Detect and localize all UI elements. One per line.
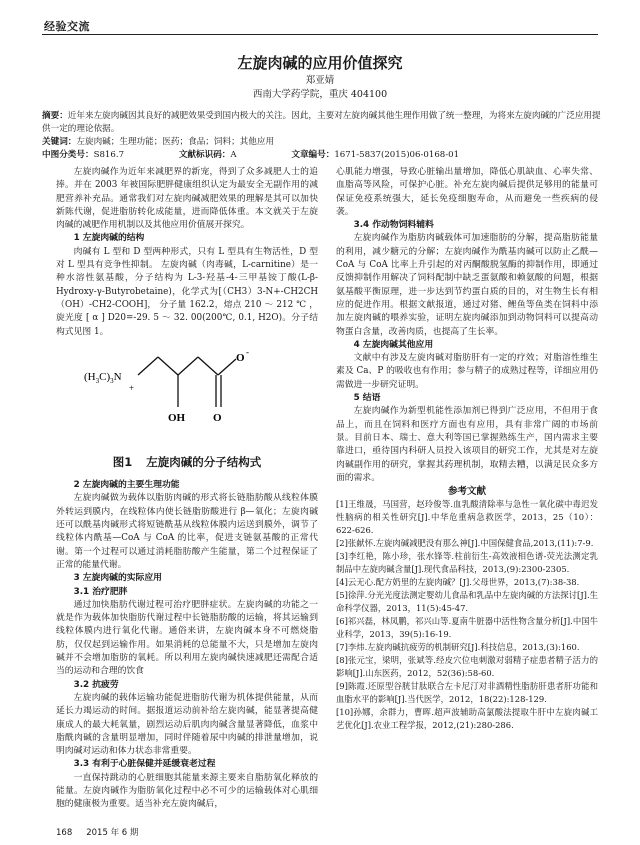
doc-code-field: 文献标识码：A [179, 150, 263, 160]
issue-label: 2015 年 6 期 [86, 828, 138, 838]
reference-item: [1]王维晟，马国营，赵玲俊等.血乳酸清除率与急性一氧化碳中毒迟发性脑病的相关性… [336, 498, 598, 537]
author-name: 郑亚婧 [0, 72, 640, 86]
page-footer: 1682015 年 6 期 [56, 826, 152, 838]
section-1-text: 肉碱有 L 型和 D 型两种形式，只有 L 型具有生物活性，D 型对 L 型具有… [56, 246, 318, 339]
section-4-heading: 4 左旋肉碱其他应用 [336, 339, 598, 352]
right-column: 心肌能力增强，导致心脏输出量增加，降低心肌缺血、心率失常、血脂高等风险，可保护心… [336, 166, 598, 732]
keywords-text: 左旋肉碱；生理功能；医药；食品；饲料；其他应用 [76, 137, 274, 147]
article-no-field: 文章编号：1671-5837(2015)06-0168-01 [291, 150, 485, 160]
abstract: 摘要：近年来左旋肉碱因其良好的减肥效果受到国内极大的关注。因此，主要对左旋肉碱其… [42, 110, 602, 136]
author-affiliation: 西南大学药学院，重庆 404100 [0, 86, 640, 100]
reference-item: [8]张元宝，梁明，张斌等.经皮穴位电刺激对弱精子症患者精子活力的影响[J].山… [336, 654, 598, 680]
carnitine-structure-diagram: (H3C)3N + OH O O - [76, 347, 306, 452]
positive-charge-label: + [129, 383, 134, 393]
hydroxyl-label: OH [168, 412, 186, 424]
section-3-1-heading: 3.1 治疗肥胖 [56, 586, 318, 599]
running-header: 经验交流 [42, 12, 598, 35]
section-3-heading: 3 左旋肉碱的实际应用 [56, 572, 318, 585]
section-3-4-heading: 3.4 作动物饲料辅料 [336, 219, 598, 232]
clc-value: S816.7 [94, 150, 125, 160]
abstract-block: 摘要：近年来左旋肉碱因其良好的减肥效果受到国内极大的关注。因此，主要对左旋肉碱其… [42, 110, 602, 162]
page-number: 168 [56, 828, 72, 838]
molecular-structure-figure: (H3C)3N + OH O O - [56, 347, 318, 452]
trimethylammonium-label: (H3C)3N [84, 371, 122, 385]
section-5-text: 左旋肉碱作为新型机能性添加剂已得到广泛应用，不但用于食品上，而且在饲料和医疗方面… [336, 405, 598, 485]
section-3-2-text: 左旋肉碱的载体运输功能促进脂肪代谢为机体提供能量，从而延长力竭运动的时间。据报道… [56, 692, 318, 758]
reference-item: [2]张献怀.左旋肉碱减肥没有那么神[J].中国保健食品,2013,(11):7… [336, 537, 598, 550]
reference-item: [4]云无心.配方奶里的左旋肉碱？[J].父母世界，2013,(7):38-38… [336, 576, 598, 589]
figure-caption-text: 左旋肉碱的分子结构式 [146, 455, 261, 469]
classification-row: 中图分类号：S816.7 文献标识码：A 文章编号：1671-5837(2015… [42, 149, 602, 162]
figure-caption: 图1左旋肉碱的分子结构式 [56, 456, 318, 469]
reference-item: [7]李炜.左旋肉碱抗疲劳的机制研究[J].科技信息，2013,(3):160. [336, 641, 598, 654]
keywords-label: 关键词： [42, 137, 76, 147]
section-3-3-heading: 3.3 有利于心脏保健并延缓衰老过程 [56, 758, 318, 771]
section-2-text: 左旋肉碱做为载体以脂肪肉碱的形式将长链脂肪酸从线粒体膜外转运到膜内，在线粒体内使… [56, 492, 318, 572]
figure-number: 图1 [113, 455, 133, 469]
negative-charge-label: - [246, 347, 249, 357]
clc-label: 中图分类号： [42, 150, 94, 160]
doc-code-value: A [230, 150, 236, 160]
reference-item: [6]祁兴磊，林凤鹏，祁兴山等.夏南牛脏器中活性物含量分析[J].中国牛业科学，… [336, 615, 598, 641]
article-title: 左旋肉碱的应用价值探究 [0, 52, 640, 73]
abstract-text: 近年来左旋肉碱因其良好的减肥效果受到国内极大的关注。因此，主要对左旋肉碱其他生理… [42, 111, 601, 134]
section-1-heading: 1 左旋肉碱的结构 [56, 232, 318, 245]
references-heading: 参考文献 [336, 485, 598, 498]
section-3-3-continued: 心肌能力增强，导致心脏输出量增加，降低心肌缺血、心率失常、血脂高等风险，可保护心… [336, 166, 598, 219]
section-3-3-text: 一直保持跳动的心脏细胞其能量来源主要来自脂肪氧化释放的能量。左旋肉碱作为脂肪氧化… [56, 772, 318, 812]
reference-item: [5]徐萍.分光光度法测定婴幼儿食品和乳品中左旋肉碱的方法探讨[J].生命科学仪… [336, 589, 598, 615]
section-3-2-heading: 3.2 抗疲劳 [56, 679, 318, 692]
keywords: 关键词：左旋肉碱；生理功能；医药；食品；饲料；其他应用 [42, 136, 602, 149]
carbonyl-oxygen-label: O [213, 412, 222, 424]
section-5-heading: 5 结语 [336, 392, 598, 405]
reference-item: [10]孙娜，余群力，曹晖.超声波辅助高氯酸法提取牛肝中左旋肉碱工艺优化[J].… [336, 706, 598, 732]
left-column: 左旋肉碱作为近年来减肥界的新宠，得到了众多减肥人士的追捧。并在 2003 年被国… [56, 166, 318, 812]
section-label: 经验交流 [44, 18, 90, 34]
article-no-label: 文章编号： [291, 150, 334, 160]
clc-field: 中图分类号：S816.7 [42, 150, 150, 160]
reference-item: [9]陈霞.还原型谷胱甘肽联合左卡尼汀对非酒精性脂肪肝患者肝功能和血脂水平的影响… [336, 680, 598, 706]
section-3-4-text: 左旋肉碱作为脂肪肉碱载体可加速脂肪的分解，提高脂肪能量的利用，减少糖元的分解；左… [336, 232, 598, 338]
doc-code-label: 文献标识码： [179, 150, 231, 160]
carboxylate-oxygen-label: O [236, 352, 245, 364]
article-no-value: 1671-5837(2015)06-0168-01 [334, 150, 459, 160]
reference-item: [3]李红艳，陈小珍，张水锋等.柱前衍生-高效液相色谱-荧光法测定乳制品中左旋肉… [336, 550, 598, 576]
abstract-label: 摘要： [42, 111, 68, 121]
section-3-1-text: 通过加快脂肪代谢过程可治疗肥胖症状。左旋肉碱的功能之一就是作为载体加快脂肪代谢过… [56, 599, 318, 679]
intro-paragraph: 左旋肉碱作为近年来减肥界的新宠，得到了众多减肥人士的追捧。并在 2003 年被国… [56, 166, 318, 232]
section-4-text: 文献中有涉及左旋肉碱对脂肪肝有一定的疗效；对脂溶性维生素及 Ca、P 的吸收也有… [336, 352, 598, 392]
section-2-heading: 2 左旋肉碱的主要生理功能 [56, 479, 318, 492]
